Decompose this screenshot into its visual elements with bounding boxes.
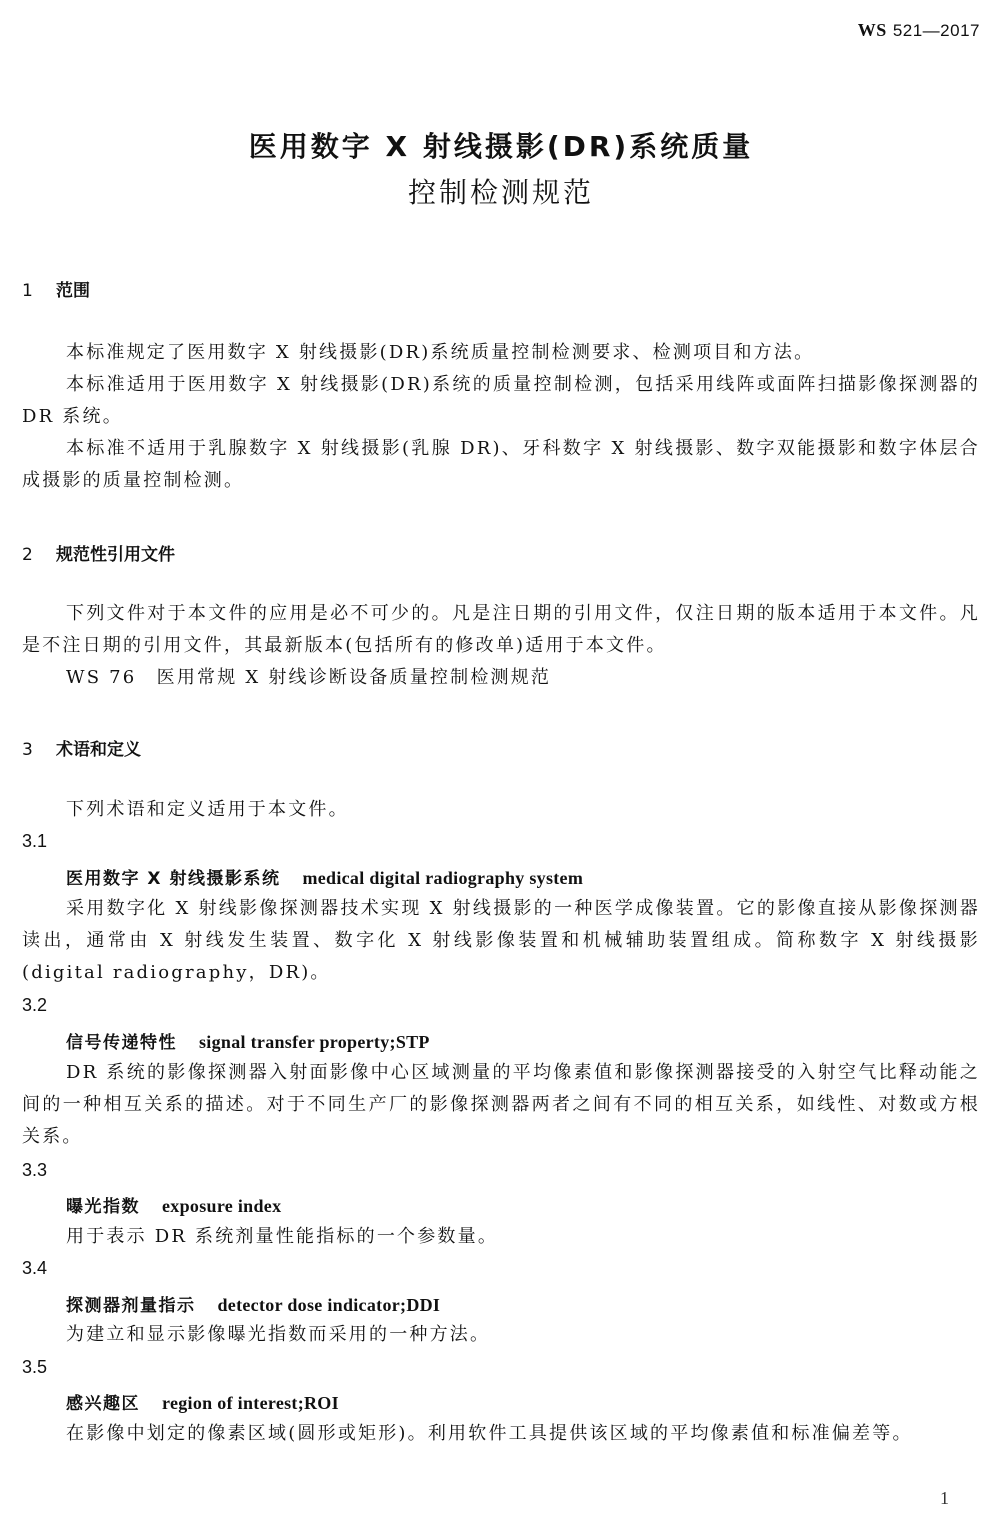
clause-number: 3.4 — [22, 1258, 47, 1279]
section-1-paragraph: 本标准规定了医用数字 X 射线摄影(DR)系统质量控制检测要求、检测项目和方法。 — [22, 337, 980, 369]
term-zh: 信号传递特性 — [66, 1033, 177, 1053]
term-zh: 感兴趣区 — [66, 1394, 140, 1414]
term-en: region of interest;ROI — [162, 1393, 339, 1413]
document-title-line-1: 医用数字 X 射线摄影(DR)系统质量 — [0, 124, 1002, 170]
section-title: 术语和定义 — [56, 740, 141, 760]
section-2-paragraph: 下列文件对于本文件的应用是必不可少的。凡是注日期的引用文件，仅注日期的版本适用于… — [22, 598, 980, 662]
page-number: 1 — [940, 1488, 949, 1509]
document-title-line-2: 控制检测规范 — [0, 170, 1002, 216]
section-number: 2 — [22, 545, 56, 565]
section-1-paragraph: 本标准不适用于乳腺数字 X 射线摄影(乳腺 DR)、牙科数字 X 射线摄影、数字… — [22, 433, 980, 497]
standard-prefix: WS — [858, 20, 887, 40]
term-heading: 信号传递特性signal transfer property;STP — [66, 1028, 430, 1053]
term-definition: 用于表示 DR 系统剂量性能指标的一个参数量。 — [22, 1221, 980, 1253]
term-zh: 曝光指数 — [66, 1197, 140, 1217]
section-3-heading: 3术语和定义 — [22, 735, 141, 760]
section-title: 范围 — [56, 281, 90, 301]
term-en: detector dose indicator;DDI — [218, 1295, 441, 1315]
section-2-heading: 2规范性引用文件 — [22, 540, 175, 565]
term-definition: 在影像中划定的像素区域(圆形或矩形)。利用软件工具提供该区域的平均像素值和标准偏… — [22, 1418, 980, 1450]
term-heading: 探测器剂量指示detector dose indicator;DDI — [66, 1291, 440, 1316]
clause-number: 3.1 — [22, 831, 47, 852]
section-title: 规范性引用文件 — [56, 545, 175, 565]
section-number: 1 — [22, 281, 56, 301]
term-definition: 为建立和显示影像曝光指数而采用的一种方法。 — [22, 1319, 980, 1351]
clause-number: 3.2 — [22, 995, 47, 1016]
section-number: 3 — [22, 740, 56, 760]
term-zh: 医用数字 X 射线摄影系统 — [66, 869, 280, 889]
standard-code: WS521—2017 — [858, 20, 980, 41]
term-en: exposure index — [162, 1196, 281, 1216]
term-heading: 曝光指数exposure index — [66, 1192, 281, 1217]
normative-reference: WS 76 医用常规 X 射线诊断设备质量控制检测规范 — [22, 662, 980, 694]
section-1-heading: 1范围 — [22, 276, 90, 301]
clause-number: 3.3 — [22, 1160, 47, 1181]
term-heading: 感兴趣区region of interest;ROI — [66, 1389, 339, 1414]
term-en: medical digital radiography system — [302, 868, 583, 888]
term-heading: 医用数字 X 射线摄影系统medical digital radiography… — [66, 864, 583, 889]
term-zh: 探测器剂量指示 — [66, 1296, 196, 1316]
term-definition: 采用数字化 X 射线影像探测器技术实现 X 射线摄影的一种医学成像装置。它的影像… — [22, 893, 980, 989]
clause-number: 3.5 — [22, 1357, 47, 1378]
term-definition: DR 系统的影像探测器入射面影像中心区域测量的平均像素值和影像探测器接受的入射空… — [22, 1057, 980, 1153]
section-3-intro: 下列术语和定义适用于本文件。 — [22, 794, 980, 826]
standard-number: 521—2017 — [893, 21, 980, 40]
section-1-paragraph: 本标准适用于医用数字 X 射线摄影(DR)系统的质量控制检测，包括采用线阵或面阵… — [22, 369, 980, 433]
term-en: signal transfer property;STP — [199, 1032, 430, 1052]
